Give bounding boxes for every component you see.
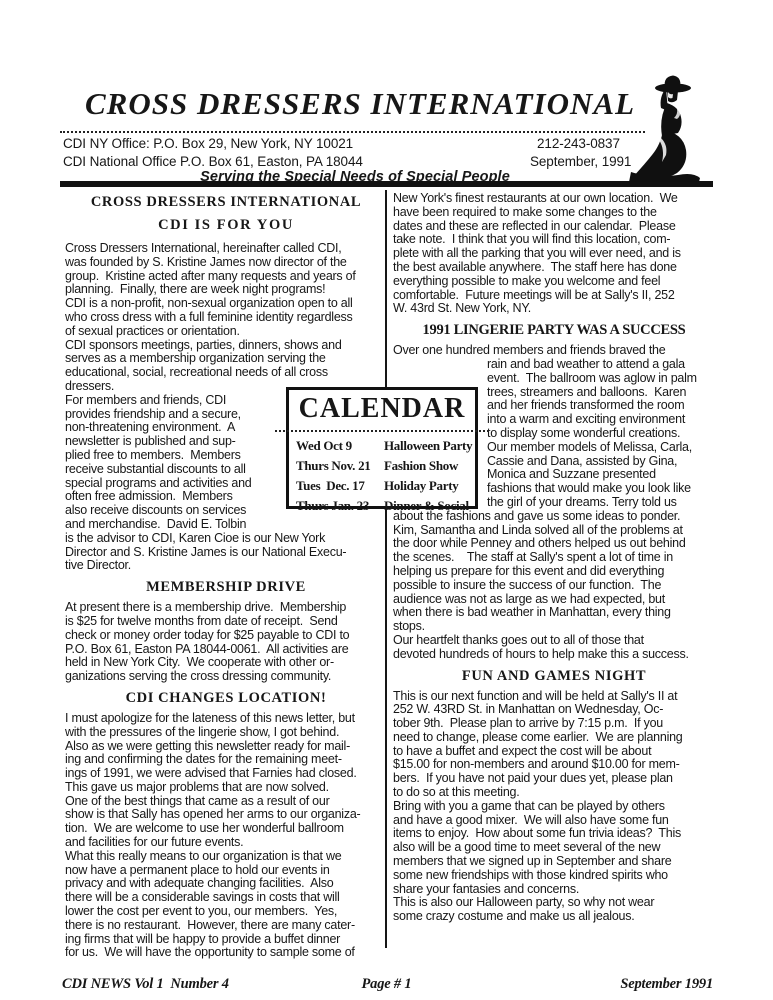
text-line: the girl of your dreams. Terry told us <box>487 496 715 510</box>
text-line: held in New York City. We cooperate with… <box>65 656 387 670</box>
text-line: of sexual practices or orientation. <box>65 325 387 339</box>
footer-volume: CDI NEWS Vol 1 Number 4 <box>62 976 229 993</box>
calendar-event: Halloween Party <box>384 436 472 456</box>
calendar-date: Wed Oct 9 <box>296 436 352 456</box>
article-text: about the fashions and gave us some idea… <box>393 510 715 662</box>
text-line: This is also our Halloween party, so why… <box>393 896 715 910</box>
text-line: have been required to make some changes … <box>393 206 715 220</box>
article-text: New York's finest restaurants at our own… <box>393 192 715 316</box>
text-line: $15.00 for non-members and around $10.00… <box>393 758 715 772</box>
text-line: lower the cost per event to you, our mem… <box>65 905 387 919</box>
text-line: educational, social, recreational needs … <box>65 366 387 380</box>
text-line: take note. I think that you will find th… <box>393 233 715 247</box>
calendar-date: Tues Dec. 17 <box>296 476 365 496</box>
text-line: there will be a considerable savings in … <box>65 891 387 905</box>
calendar-row: Thurs Jan. 23 Dinner & Social <box>289 496 475 516</box>
text-line: group. Kristine acted after many request… <box>65 270 387 284</box>
text-line: Our member models of Melissa, Carla, <box>487 441 715 455</box>
text-line: and facilities for our future events. <box>65 836 387 850</box>
text-line: show is that Sally has opened her arms t… <box>65 808 387 822</box>
text-line: possible to insure the success of our fu… <box>393 579 715 593</box>
text-line: tive Director. <box>65 559 387 573</box>
text-line: to do so at this meeting. <box>393 786 715 800</box>
calendar-title: CALENDAR <box>289 391 475 427</box>
text-line: serves as a membership organization serv… <box>65 352 387 366</box>
text-line: ing firms that will be happy to provide … <box>65 933 387 947</box>
text-line: comfortable. Future meetings will be at … <box>393 289 715 303</box>
text-line: 252 W. 43RD St. in Manhattan on Wednesda… <box>393 703 715 717</box>
text-line: also will be a good time to meet several… <box>393 841 715 855</box>
text-line: audience was not as large as we had expe… <box>393 593 715 607</box>
calendar-event: Dinner & Social <box>384 496 469 516</box>
calendar-row: Wed Oct 9 Halloween Party <box>289 436 475 456</box>
text-line: Kim, Samantha and Linda solved all of th… <box>393 524 715 538</box>
article-text: Cross Dressers International, hereinafte… <box>65 242 387 394</box>
text-line: to have a buffet and expect the cost wil… <box>393 745 715 759</box>
section-heading-cdi-changes-location: CDI CHANGES LOCATION! <box>65 689 387 708</box>
ny-office-address: CDI NY Office: P.O. Box 29, New York, NY… <box>63 136 353 151</box>
text-line: who cross dress with a full feminine ide… <box>65 311 387 325</box>
text-line: Cross Dressers International, hereinafte… <box>65 242 387 256</box>
calendar-date: Thurs Nov. 21 <box>296 456 370 476</box>
text-line: One of the best things that came as a re… <box>65 795 387 809</box>
section-heading-cdi: CROSS DRESSERS INTERNATIONAL <box>65 193 387 212</box>
issue-date: September, 1991 <box>530 154 631 169</box>
text-line: and her friends transformed the room <box>487 399 715 413</box>
masthead-dotted-rule <box>60 131 645 133</box>
text-line: some crazy costume and make us all jealo… <box>393 910 715 924</box>
text-line: bers. If you have not paid your dues yet… <box>393 772 715 786</box>
section-heading-membership-drive: MEMBERSHIP DRIVE <box>65 578 387 597</box>
text-line: At present there is a membership drive. … <box>65 601 387 615</box>
text-line: Director and S. Kristine James is our Na… <box>65 546 387 560</box>
section-heading-fun-and-games: FUN AND GAMES NIGHT <box>393 667 715 686</box>
calendar-event: Holiday Party <box>384 476 458 496</box>
text-line: and merchandise. David E. Tolbin <box>65 518 387 532</box>
text-line: Cassie and Dana, assisted by Gina, <box>487 455 715 469</box>
text-line: I must apologize for the lateness of thi… <box>65 712 387 726</box>
article-text: At present there is a membership drive. … <box>65 601 387 684</box>
text-line: W. 43rd St. New York, NY. <box>393 302 715 316</box>
text-line: with the pressures of the lingerie show,… <box>65 726 387 740</box>
text-line: fashions that would make you look like <box>487 482 715 496</box>
text-line: New York's finest restaurants at our own… <box>393 192 715 206</box>
text-line: ing and confirming the dates for the rem… <box>65 753 387 767</box>
text-line: and have a good mixer. We will also have… <box>393 814 715 828</box>
text-line: Our heartfelt thanks goes out to all of … <box>393 634 715 648</box>
text-line: This gave us major problems that are now… <box>65 781 387 795</box>
calendar-dotted-divider <box>275 430 489 432</box>
text-line: dates and these are reflected in our cal… <box>393 220 715 234</box>
text-line: Monica and Suzzane presented <box>487 468 715 482</box>
phone-number: 212-243-0837 <box>537 136 620 151</box>
newsletter-page: CROSS DRESSERS INTERNATIONAL CDI NY Offi… <box>0 0 773 1000</box>
calendar-date: Thurs Jan. 23 <box>296 496 369 516</box>
text-line: tober 9th. Please plan to arrive by 7:15… <box>393 717 715 731</box>
text-line: ings of 1991, we were advised that Farni… <box>65 767 387 781</box>
text-line: Bring with you a game that can be played… <box>393 800 715 814</box>
text-line: event. The ballroom was aglow in palm <box>487 372 715 386</box>
text-line: share your fantasies and concerns. <box>393 883 715 897</box>
text-line: to display some wonderful creations. <box>487 427 715 441</box>
text-line: when there is bad weather in Manhattan, … <box>393 606 715 620</box>
text-line: trees, streamers and balloons. Karen <box>487 386 715 400</box>
section-subheading-cdi-is-for-you: CDI IS FOR YOU <box>65 216 387 235</box>
article-text: Over one hundred members and friends bra… <box>393 344 715 358</box>
text-line: devoted hundreds of hours to help make t… <box>393 648 715 662</box>
calendar-rows: Wed Oct 9 Halloween Party Thurs Nov. 21 … <box>289 436 475 516</box>
calendar-row: Thurs Nov. 21 Fashion Show <box>289 456 475 476</box>
text-line: P.O. Box 61, Easton PA 18044-0061. All a… <box>65 643 387 657</box>
calendar-event: Fashion Show <box>384 456 458 476</box>
text-line: was founded by S. Kristine James now dir… <box>65 256 387 270</box>
text-line: is the advisor to CDI, Karen Cioe is our… <box>65 532 387 546</box>
text-line: Over one hundred members and friends bra… <box>393 344 715 358</box>
text-line: the scenes. The staff at Sally's spent a… <box>393 551 715 565</box>
article-text: This is our next function and will be he… <box>393 690 715 925</box>
text-line: This is our next function and will be he… <box>393 690 715 704</box>
text-line: now have a permanent place to hold our e… <box>65 864 387 878</box>
text-line: stops. <box>393 620 715 634</box>
text-line: ganizations serving the cross dressing c… <box>65 670 387 684</box>
text-line: items to enjoy. How about some fun trivi… <box>393 827 715 841</box>
text-line: CDI sponsors meetings, parties, dinners,… <box>65 339 387 353</box>
text-line: What this really means to our organizati… <box>65 850 387 864</box>
masthead-title: CROSS DRESSERS INTERNATIONAL <box>60 86 660 122</box>
text-line: Also as we were getting this newsletter … <box>65 740 387 754</box>
text-line: tion. We are welcome to use her wonderfu… <box>65 822 387 836</box>
text-line: for us. We will have the opportunity to … <box>65 946 387 960</box>
text-line: members that we signed up in September a… <box>393 855 715 869</box>
footer-date: September 1991 <box>620 976 713 993</box>
text-line: CDI is a non-profit, non-sexual organiza… <box>65 297 387 311</box>
right-column: New York's finest restaurants at our own… <box>393 192 715 924</box>
text-line: some new friendships with those kindred … <box>393 869 715 883</box>
text-line: into a warm and exciting environment <box>487 413 715 427</box>
header-rule <box>60 181 713 187</box>
text-line: everything possible to make you welcome … <box>393 275 715 289</box>
national-office-address: CDI National Office P.O. Box 61, Easton,… <box>63 154 363 169</box>
text-line: plete with all the parking that you will… <box>393 247 715 261</box>
text-line: check or money order today for $25 payab… <box>65 629 387 643</box>
text-line: there is no restaurant. However, there a… <box>65 919 387 933</box>
text-line: need to change, please come earlier. We … <box>393 731 715 745</box>
text-line: planning. Finally, there are week night … <box>65 283 387 297</box>
text-line: privacy and with adequate changing facil… <box>65 877 387 891</box>
article-text: is the advisor to CDI, Karen Cioe is our… <box>65 532 387 573</box>
text-line: the door while Penney and others helped … <box>393 537 715 551</box>
calendar-row: Tues Dec. 17 Holiday Party <box>289 476 475 496</box>
section-heading-lingerie-party: 1991 LINGERIE PARTY WAS A SUCCESS <box>393 321 715 340</box>
text-line: the best available anywhere. The staff h… <box>393 261 715 275</box>
article-text: I must apologize for the lateness of thi… <box>65 712 387 960</box>
woman-silhouette-illustration <box>628 74 720 182</box>
text-line: rain and bad weather to attend a gala <box>487 358 715 372</box>
calendar-box: CALENDAR Wed Oct 9 Halloween Party Thurs… <box>286 387 478 509</box>
text-line: is $25 for twelve months from date of re… <box>65 615 387 629</box>
text-line: helping us prepare for this event and di… <box>393 565 715 579</box>
left-column: CROSS DRESSERS INTERNATIONAL CDI IS FOR … <box>65 192 387 960</box>
